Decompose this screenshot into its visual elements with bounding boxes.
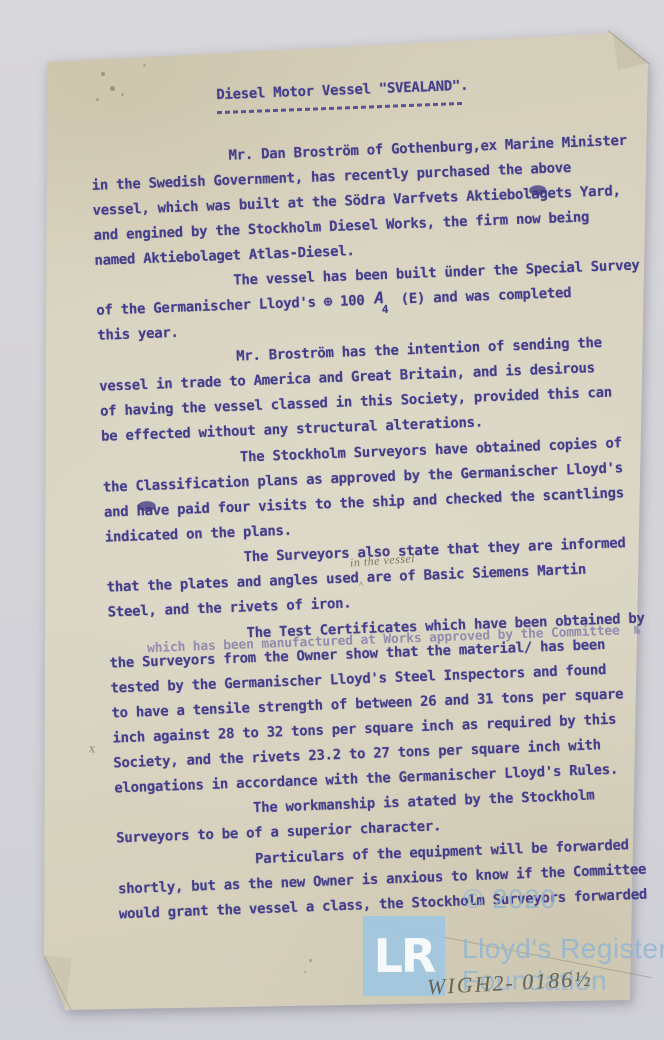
insertion-end-mark: №	[633, 624, 640, 637]
paragraph-test-certificates: The Test Certificates which have been ob…	[108, 606, 662, 801]
paper-stain	[143, 64, 146, 67]
paper-stain	[304, 971, 306, 973]
notation-after: (E) and was completed	[392, 285, 571, 308]
scanned-document-page: Diesel Motor Vessel "SVEALAND". Mr. Dan …	[0, 0, 664, 1040]
paragraph-plans: The Stockholm Surveyors have obtained co…	[102, 430, 653, 550]
pencil-insertion-note: in the vessel	[349, 546, 416, 576]
notation-subscript: 4	[381, 298, 388, 323]
paper-stain	[101, 72, 105, 76]
pencil-caret: ^	[358, 574, 363, 599]
typed-text-block: Diesel Motor Vessel "SVEALAND". Mr. Dan …	[88, 67, 664, 928]
paragraph-purchase: Mr. Dan Broström of Gothenburg,ex Marine…	[90, 128, 642, 273]
paper-stain	[309, 959, 312, 962]
class-notation-mark: A4	[372, 292, 393, 307]
paragraph-intention: Mr. Broström has the intention of sendin…	[98, 329, 649, 449]
